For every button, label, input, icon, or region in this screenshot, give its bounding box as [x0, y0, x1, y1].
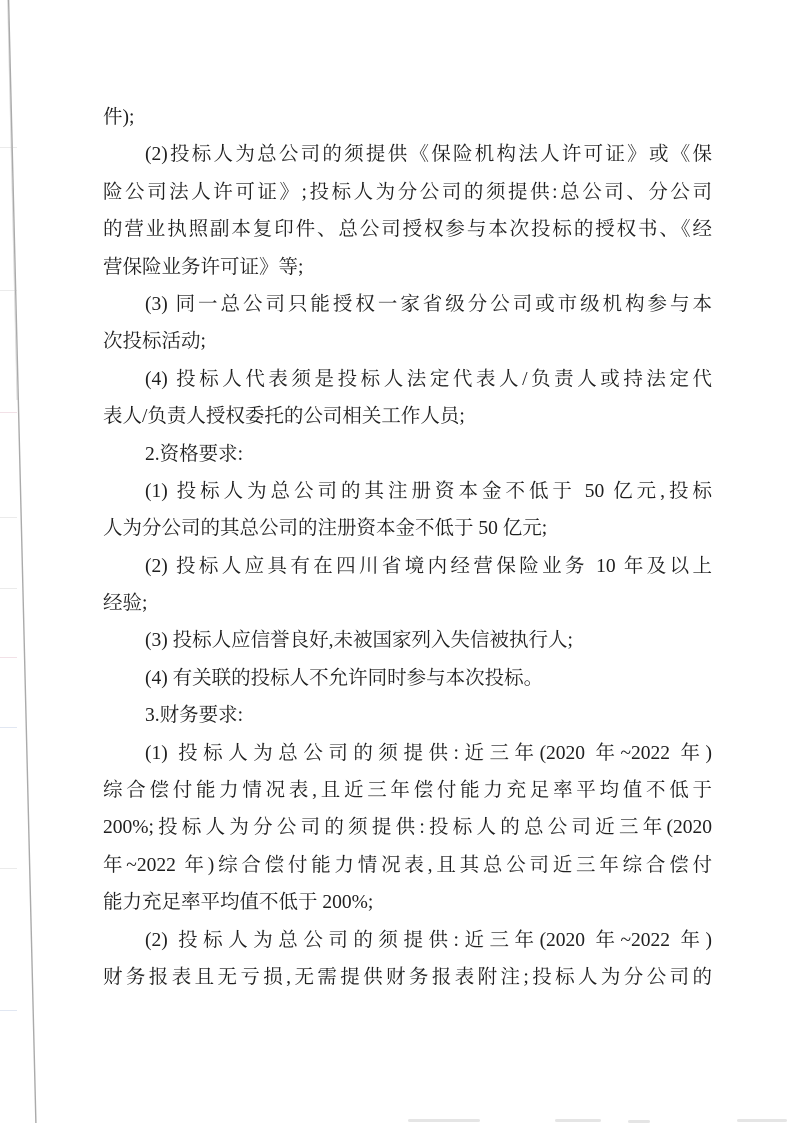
document-line: 年~2022 年)综合偿付能力情况表,且其总公司近三年综合偿付 — [103, 847, 712, 884]
document-line: (1) 投标人为总公司的须提供:近三年(2020 年~2022 年) — [103, 735, 712, 772]
document-line: 营保险业务许可证》等; — [103, 249, 712, 286]
document-line: (4) 有关联的投标人不允许同时参与本次投标。 — [103, 660, 712, 697]
document-line: 险公司法人许可证》;投标人为分公司的须提供:总公司、分公司 — [103, 174, 712, 211]
document-line: (1) 投标人为总公司的其注册资本金不低于 50 亿元,投标 — [103, 473, 712, 510]
document-line: 件); — [103, 99, 712, 136]
document-line: 次投标活动; — [103, 323, 712, 360]
document-line: (3) 投标人应信誉良好,未被国家列入失信被执行人; — [103, 622, 712, 659]
document-line: (2) 投标人为总公司的须提供:近三年(2020 年~2022 年) — [103, 922, 712, 959]
document-body: 件); (2)投标人为总公司的须提供《保险机构法人许可证》或《保 险公司法人许可… — [103, 99, 712, 996]
document-line: 能力充足率平均值不低于 200%; — [103, 884, 712, 921]
document-line: 财务报表且无亏损,无需提供财务报表附注;投标人为分公司的 — [103, 959, 712, 996]
document-line: (2)投标人为总公司的须提供《保险机构法人许可证》或《保 — [103, 136, 712, 173]
document-line: 2.资格要求: — [103, 436, 712, 473]
document-line: 人为分公司的其总公司的注册资本金不低于 50 亿元; — [103, 510, 712, 547]
document-line: (2) 投标人应具有在四川省境内经营保险业务 10 年及以上 — [103, 548, 712, 585]
document-line: 200%;投标人为分公司的须提供:投标人的总公司近三年(2020 — [103, 809, 712, 846]
document-line: 经验; — [103, 585, 712, 622]
document-line: 的营业执照副本复印件、总公司授权参与本次投标的授权书、《经 — [103, 211, 712, 248]
document-line: (4) 投标人代表须是投标人法定代表人/负责人或持法定代 — [103, 361, 712, 398]
document-line: 综合偿付能力情况表,且近三年偿付能力充足率平均值不低于 — [103, 772, 712, 809]
document-line: (3) 同一总公司只能授权一家省级分公司或市级机构参与本 — [103, 286, 712, 323]
document-line: 表人/负责人授权委托的公司相关工作人员; — [103, 398, 712, 435]
scanned-document-page: 件); (2)投标人为总公司的须提供《保险机构法人许可证》或《保 险公司法人许可… — [0, 0, 794, 1123]
document-line: 3.财务要求: — [103, 697, 712, 734]
